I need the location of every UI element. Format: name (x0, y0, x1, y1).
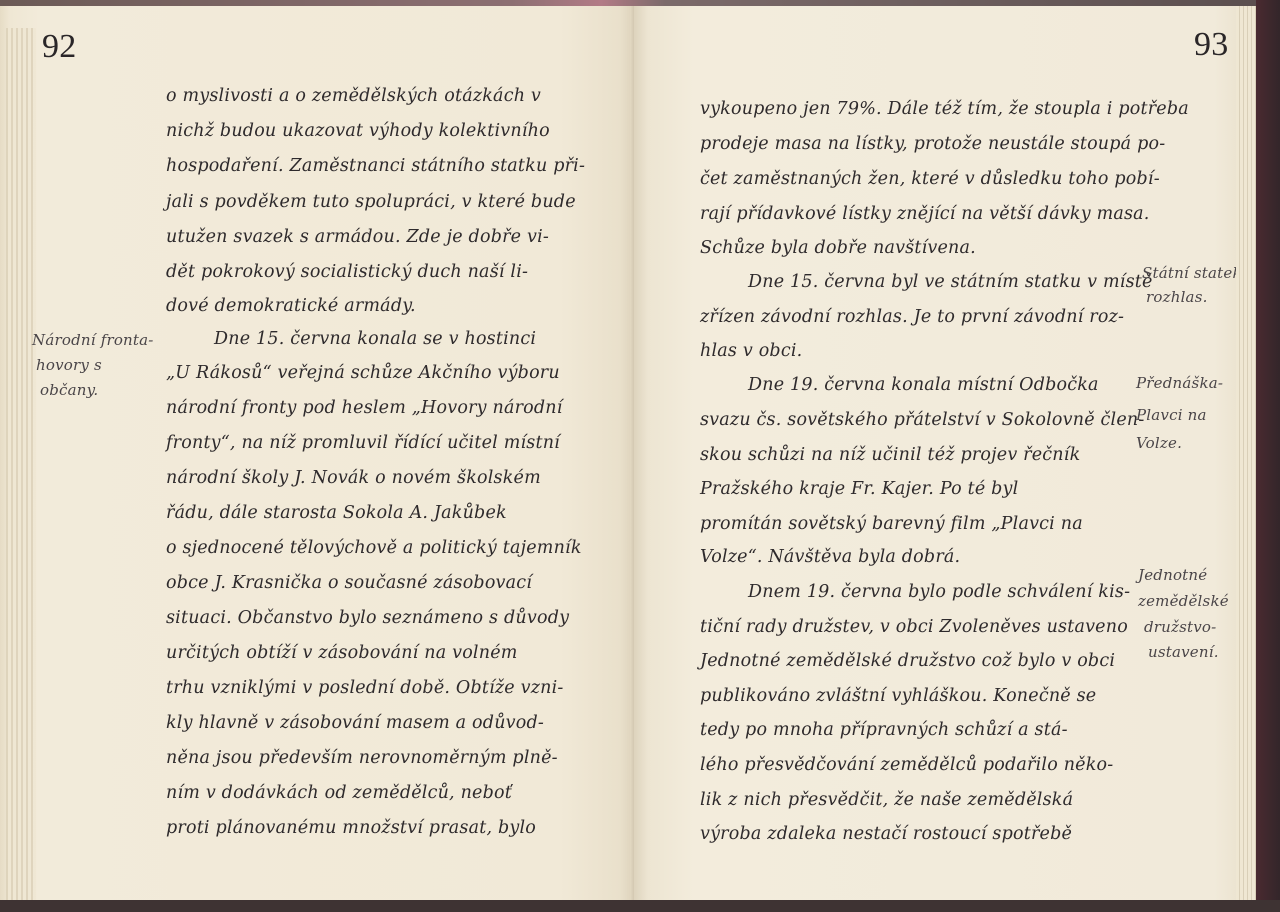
margin-note-line: rozhlas. (1146, 288, 1208, 306)
page-stack-edge (1236, 6, 1256, 908)
text-line: Schůze byla dobře navštívena. (700, 238, 976, 258)
text-line: vykoupeno jen 79%. Dále též tím, že stou… (700, 99, 1189, 119)
text-line: Jednotné zemědělské družstvo což bylo v … (700, 651, 1115, 671)
page-stack-edge (6, 28, 36, 908)
text-line: svazu čs. sovětského přátelství v Sokolo… (700, 410, 1144, 430)
margin-note-line: hovory s (36, 356, 102, 374)
margin-note-line: ustavení. (1148, 643, 1219, 661)
text-line: výroba zdaleka nestačí rostoucí spotřebě (700, 824, 1072, 844)
text-line: Pražského kraje Fr. Kajer. Po té byl (700, 479, 1018, 499)
margin-note-line: zemědělské (1138, 592, 1229, 610)
text-line: o myslivosti a o zemědělských otázkách v (166, 86, 541, 106)
text-line: Dne 15. června byl ve státním statku v m… (748, 272, 1153, 292)
text-line: národní školy J. Novák o novém školském (166, 468, 541, 488)
text-line: hospodaření. Zaměstnanci státního statku… (166, 156, 585, 176)
text-line: zřízen závodní rozhlas. Je to první závo… (700, 307, 1124, 327)
text-line: lého přesvědčování zemědělců podařilo ně… (700, 755, 1113, 775)
text-line: skou schůzi na níž učinil též projev řeč… (700, 445, 1080, 465)
text-line: řádu, dále starosta Sokola A. Jakůbek (166, 503, 507, 523)
margin-note-line: Přednáška- (1136, 374, 1223, 392)
text-line: jali s povděkem tuto spolupráci, v které… (166, 192, 576, 212)
page-number: 92 (42, 28, 76, 66)
text-line: nichž budou ukazovat výhody kolektivního (166, 121, 550, 141)
text-line: utužen svazek s armádou. Zde je dobře vi… (166, 227, 549, 247)
text-line: tedy po mnoha přípravných schůzí a stá- (700, 720, 1068, 740)
page-number: 93 (1194, 26, 1228, 64)
text-line: dět pokrokový socialistický duch naší li… (166, 262, 528, 282)
text-line: tiční rady družstev, v obci Zvoleněves u… (700, 617, 1128, 637)
margin-note-line: Volze. (1136, 434, 1182, 452)
margin-note-line: občany. (40, 381, 98, 399)
book-cover-bottom (0, 900, 1280, 912)
margin-note-line: družstvo- (1144, 618, 1216, 636)
text-line: čet zaměstnaných žen, které v důsledku t… (700, 169, 1160, 189)
margin-note-line: Státní statek- (1142, 264, 1247, 282)
text-line: Dnem 19. června bylo podle schválení kis… (748, 582, 1130, 602)
text-line: národní fronty pod heslem „Hovory národn… (166, 398, 563, 418)
text-line: něna jsou především nerovnoměrným plně- (166, 748, 558, 768)
left-page: 92 Národní fronta- hovory s občany. o my… (0, 6, 634, 908)
text-line: „U Rákosů“ veřejná schůze Akčního výboru (166, 363, 560, 383)
text-line: trhu vzniklými v poslední době. Obtíže v… (166, 678, 564, 698)
text-line: kly hlavně v zásobování masem a odůvod- (166, 713, 544, 733)
text-line: publikováno zvláštní vyhláškou. Konečně … (700, 686, 1096, 706)
text-line: hlas v obci. (700, 341, 802, 361)
text-line: fronty“, na níž promluvil řídící učitel … (166, 433, 560, 453)
text-line: ním v dodávkách od zemědělců, neboť (166, 783, 512, 803)
text-line: Dne 19. června konala místní Odbočka (748, 375, 1099, 395)
margin-note-line: Plavci na (1136, 406, 1207, 424)
text-line: obce J. Krasnička o současné zásobovací (166, 573, 532, 593)
margin-note-line: Jednotné (1138, 566, 1207, 584)
text-line: rají přídavkové lístky znějící na větší … (700, 204, 1150, 224)
text-line: dové demokratické armády. (166, 296, 416, 316)
text-line: o sjednocené tělovýchově a politický taj… (166, 538, 582, 558)
text-line: Volze“. Návštěva byla dobrá. (700, 547, 960, 567)
text-line: lik z nich přesvědčit, že naše zemědělsk… (700, 790, 1073, 810)
book-cover-edge (1256, 0, 1280, 912)
text-line: promítán sovětský barevný film „Plavci n… (700, 514, 1083, 534)
margin-note-line: Národní fronta- (32, 331, 154, 349)
text-line: určitých obtíží v zásobování na volném (166, 643, 518, 663)
text-line: proti plánovanému množství prasat, bylo (166, 818, 536, 838)
text-line: prodeje masa na lístky, protože neustále… (700, 134, 1165, 154)
text-line: situaci. Občanstvo bylo seznámeno s důvo… (166, 608, 569, 628)
right-page: 93 vykoupeno jen 79%. Dále též tím, že s… (634, 6, 1256, 908)
text-line: Dne 15. června konala se v hostinci (214, 329, 536, 349)
